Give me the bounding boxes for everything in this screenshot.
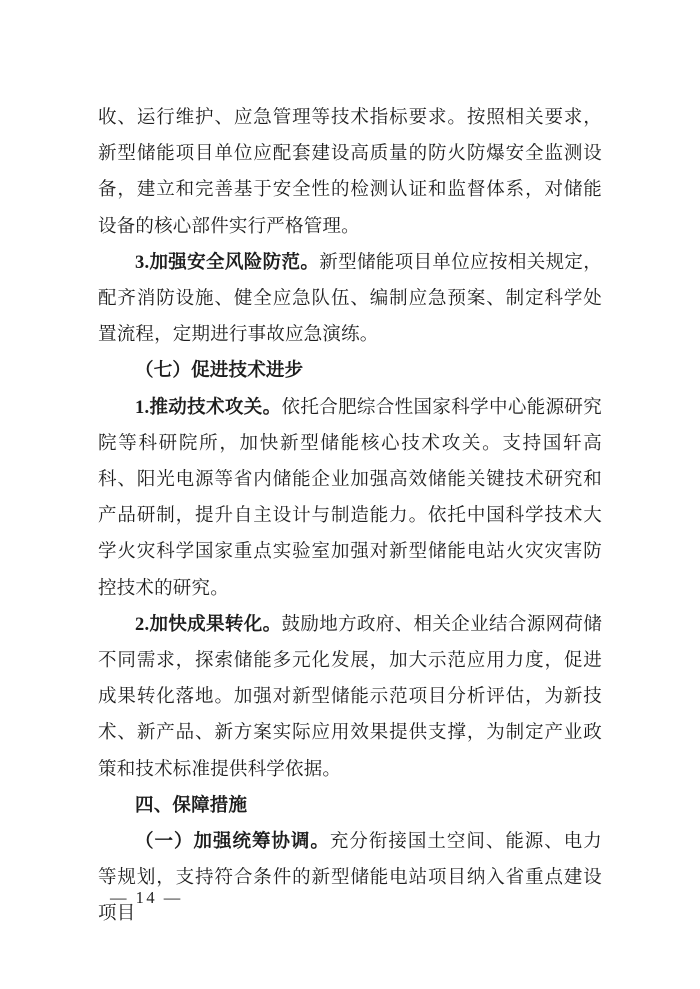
document-page: 收、运行维护、应急管理等技术指标要求。按照相关要求，新型储能项目单位应配套建设高… [0,0,700,989]
page-number: — 14 — [110,888,183,908]
paragraph-lead: （一）加强统筹协调。 [135,832,330,852]
paragraph: （一）加强统筹协调。充分衔接国土空间、能源、电力等规划，支持符合条件的新型储能电… [98,824,602,933]
paragraph: 收、运行维护、应急管理等技术指标要求。按照相关要求，新型储能项目单位应配套建设高… [98,100,602,245]
paragraph-lead: 四、保障措施 [135,796,247,816]
paragraph: 3.加强安全风险防范。新型储能项目单位应按相关规定，配齐消防设施、健全应急队伍、… [98,245,602,354]
paragraph-lead: （七）促进技术进步 [135,361,303,381]
paragraph-text: 收、运行维护、应急管理等技术指标要求。按照相关要求，新型储能项目单位应配套建设高… [98,108,602,237]
section-heading: 四、保障措施 [98,788,602,824]
paragraph: 2.加快成果转化。鼓励地方政府、相关企业结合源网荷储不同需求，探索储能多元化发展… [98,607,602,788]
paragraph-lead: 1.推动技术攻关。 [135,398,281,418]
paragraph-text: 鼓励地方政府、相关企业结合源网荷储不同需求，探索储能多元化发展，加大示范应用力度… [98,615,602,780]
paragraph: 1.推动技术攻关。依托合肥综合性国家科学中心能源研究院等科研院所，加快新型储能核… [98,390,602,607]
paragraph-lead: 3.加强安全风险防范。 [135,253,319,273]
paragraph-text: 依托合肥综合性国家科学中心能源研究院等科研院所，加快新型储能核心技术攻关。支持国… [98,398,602,599]
section-heading: （七）促进技术进步 [98,353,602,389]
document-body: 收、运行维护、应急管理等技术指标要求。按照相关要求，新型储能项目单位应配套建设高… [98,100,602,933]
paragraph-lead: 2.加快成果转化。 [135,615,281,635]
